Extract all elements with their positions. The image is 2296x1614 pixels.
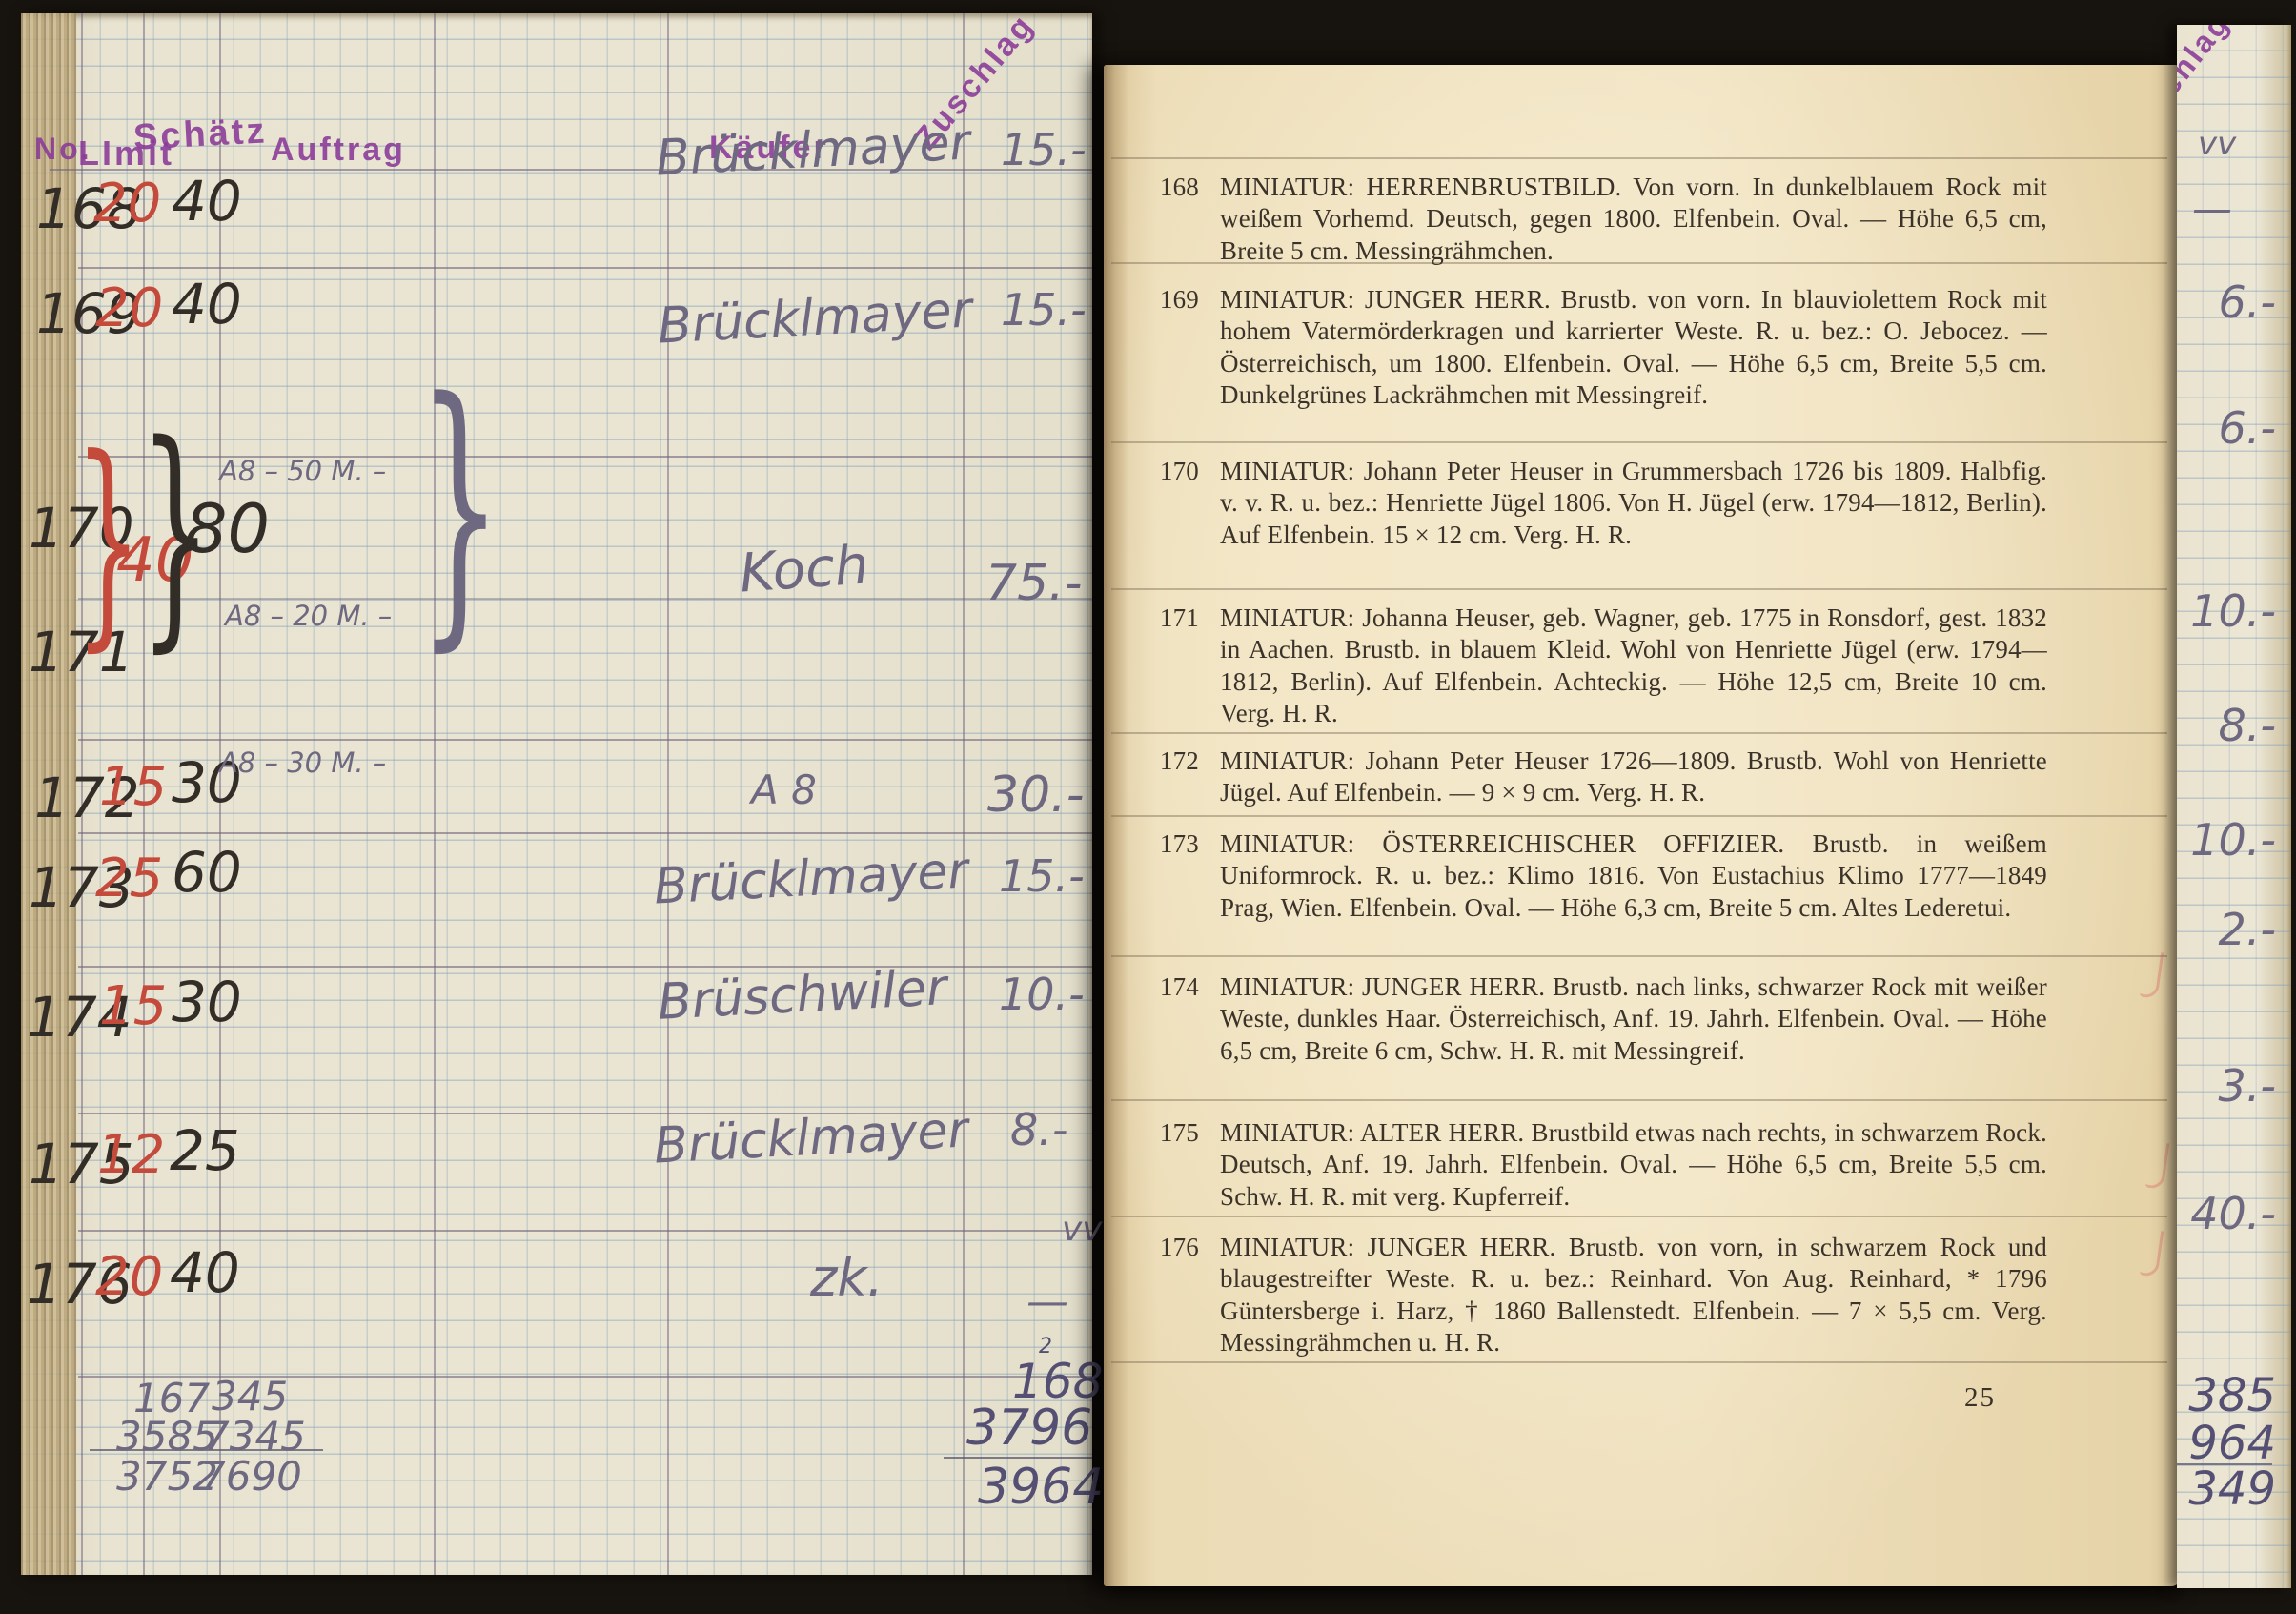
column-rule [667, 13, 669, 1575]
entry-number: 170 [1128, 456, 1199, 487]
buyer-name: Brücklmayer [653, 846, 969, 911]
row-line [78, 739, 1092, 741]
header-auftrag: Auftrag [271, 132, 406, 169]
entry-separator [1111, 441, 2167, 443]
hammer-price: 10.- [999, 972, 1085, 1016]
estimate-value: 40 [172, 276, 242, 332]
check-mark: vv [2198, 128, 2236, 160]
header-zuschlag-partial: schlag [2177, 25, 2237, 117]
hammer-price: — [1026, 1281, 1068, 1323]
total-value: 3585 [116, 1417, 218, 1457]
estimate-value: 40 [170, 1245, 240, 1300]
entry-number: 173 [1128, 828, 1199, 860]
estimate-value: 80 [185, 496, 270, 562]
buyer-name: zk. [810, 1253, 884, 1304]
catalog-page: 168 MINIATUR: HERRENBRUSTBILD. Von vorn.… [1104, 65, 2181, 1586]
entry-number: 171 [1128, 603, 1199, 634]
entry-separator [1111, 955, 2167, 957]
hammer-price: 75.- [985, 559, 1082, 608]
catalog-entry: 168 MINIATUR: HERRENBRUSTBILD. Von vorn.… [1220, 172, 2047, 267]
row-line [78, 1230, 1092, 1232]
column-rule [963, 13, 965, 1575]
red-offset-mark [2140, 1229, 2164, 1277]
limit-value: 15 [99, 980, 167, 1033]
entry-number: 168 [1128, 172, 1199, 203]
estimate-value: 40 [172, 174, 242, 229]
entry-text: MINIATUR: ALTER HERR. Brustbild etwas na… [1220, 1118, 2047, 1211]
limit-value: 20 [95, 1251, 163, 1304]
entry-text: MINIATUR: Johann Peter Heuser 1726—1809.… [1220, 746, 2047, 807]
limit-value: 25 [95, 852, 163, 906]
entry-number: 176 [1128, 1232, 1199, 1263]
group-brace-pencil: } [417, 368, 502, 655]
entry-separator [1111, 732, 2167, 734]
estimate-value: 25 [170, 1123, 240, 1178]
hammer-total: 3796 [966, 1403, 1092, 1453]
hammer-price: 2.- [2177, 908, 2276, 951]
page-number: 25 [1964, 1382, 1996, 1414]
hammer-total: 964 [2177, 1420, 2276, 1466]
entry-number: 175 [1128, 1117, 1199, 1149]
entry-separator [1111, 815, 2167, 817]
estimate-value: 60 [172, 845, 242, 900]
total-value: 7690 [200, 1457, 302, 1497]
hammer-price: 8.- [1010, 1108, 1068, 1152]
entry-text: MINIATUR: JUNGER HERR. Brustb. von vorn.… [1220, 285, 2047, 409]
entry-separator [1111, 157, 2167, 159]
limit-value: 20 [93, 177, 161, 231]
hammer-dash: — [2192, 189, 2232, 229]
buyer-name: Brüschwiler [657, 963, 948, 1028]
red-offset-mark [2145, 1141, 2170, 1190]
entry-text: MINIATUR: HERRENBRUSTBILD. Von vorn. In … [1220, 173, 2047, 265]
catalog-entry: 174 MINIATUR: JUNGER HERR. Brustb. nach … [1220, 971, 2047, 1067]
entry-separator [1111, 1216, 2167, 1217]
total-value: 345 [212, 1377, 288, 1417]
catalog-entry: 169 MINIATUR: JUNGER HERR. Brustb. von v… [1220, 284, 2047, 412]
hammer-price: 10.- [2177, 589, 2276, 633]
limit-value: 15 [99, 761, 167, 814]
catalog-entry: 176 MINIATUR: JUNGER HERR. Brustb. von v… [1220, 1232, 2047, 1359]
estimate-value: 30 [172, 974, 242, 1030]
hammer-price: 40.- [2177, 1192, 2276, 1236]
row-line [78, 832, 1092, 834]
ledger-page: No. LImit Schätz Auftrag Käufer Zuschlag… [21, 13, 1092, 1575]
order-note: A8 – 20 M. – [225, 603, 392, 630]
hammer-price: 3.- [2177, 1064, 2276, 1108]
catalog-entry: 170 MINIATUR: Johann Peter Heuser in Gru… [1220, 456, 2047, 551]
hammer-price: 15.- [999, 854, 1085, 898]
column-rule [434, 13, 436, 1575]
next-page-edge: schlag vv — 6.- 6.- 10.- 8.- 10.- 2.- 3.… [2177, 25, 2291, 1588]
hammer-price: 15.- [1001, 288, 1087, 332]
entry-text: MINIATUR: Johanna Heuser, geb. Wagner, g… [1220, 603, 2047, 727]
buyer-name: A 8 [751, 770, 817, 810]
entry-number: 174 [1128, 971, 1199, 1003]
total-value: 7345 [204, 1417, 306, 1457]
hammer-total: 385 [2177, 1373, 2276, 1419]
buyer-name: Brücklmayer [657, 285, 973, 351]
hammer-price: 30.- [987, 770, 1084, 820]
order-note: A8 – 50 M. – [219, 458, 386, 485]
buyer-name: Brücklmayer [653, 1105, 969, 1171]
hammer-price: 6.- [2177, 406, 2276, 450]
red-offset-mark [2140, 950, 2164, 999]
order-note: A8 – 30 M. – [219, 749, 386, 777]
hammer-price: 15.- [1001, 128, 1087, 172]
entry-number: 169 [1128, 284, 1199, 316]
entry-text: MINIATUR: JUNGER HERR. Brustb. von vorn,… [1220, 1233, 2047, 1357]
entry-text: MINIATUR: Johann Peter Heuser in Grummer… [1220, 457, 2047, 549]
entry-separator [1111, 588, 2167, 590]
buyer-name: Koch [738, 539, 870, 601]
entry-separator [1111, 1361, 2167, 1363]
entry-separator [1111, 1099, 2167, 1101]
catalog-entry: 171 MINIATUR: Johanna Heuser, geb. Wagne… [1220, 603, 2047, 730]
row-line [78, 267, 1092, 269]
catalog-entry: 173 MINIATUR: ÖSTERREICHISCHER OFFIZIER.… [1220, 828, 2047, 924]
entry-text: MINIATUR: ÖSTERREICHISCHER OFFIZIER. Bru… [1220, 829, 2047, 922]
header-schaetz: Schätz [132, 111, 269, 158]
hammer-price: 10.- [2177, 818, 2276, 862]
check-mark: vv [1062, 1213, 1103, 1247]
limit-value: 20 [95, 282, 163, 336]
entry-number: 172 [1128, 746, 1199, 777]
limit-value: 12 [97, 1129, 165, 1182]
entry-text: MINIATUR: JUNGER HERR. Brustb. nach link… [1220, 972, 2047, 1065]
scanned-ledger-and-catalog: { "ledger": { "headers": { "no": "No.", … [0, 0, 2296, 1614]
catalog-entry: 175 MINIATUR: ALTER HERR. Brustbild etwa… [1220, 1117, 2047, 1213]
hammer-price: 6.- [2177, 280, 2276, 324]
catalog-entry: 172 MINIATUR: Johann Peter Heuser 1726—1… [1220, 746, 2047, 809]
hammer-total-sum: 3964 [978, 1462, 1104, 1512]
hammer-price: 8.- [2177, 704, 2276, 747]
hammer-total: 168 [1012, 1358, 1103, 1405]
hammer-total-sum: 349 [2177, 1466, 2276, 1512]
buyer-name: Brücklmayer [655, 117, 971, 183]
